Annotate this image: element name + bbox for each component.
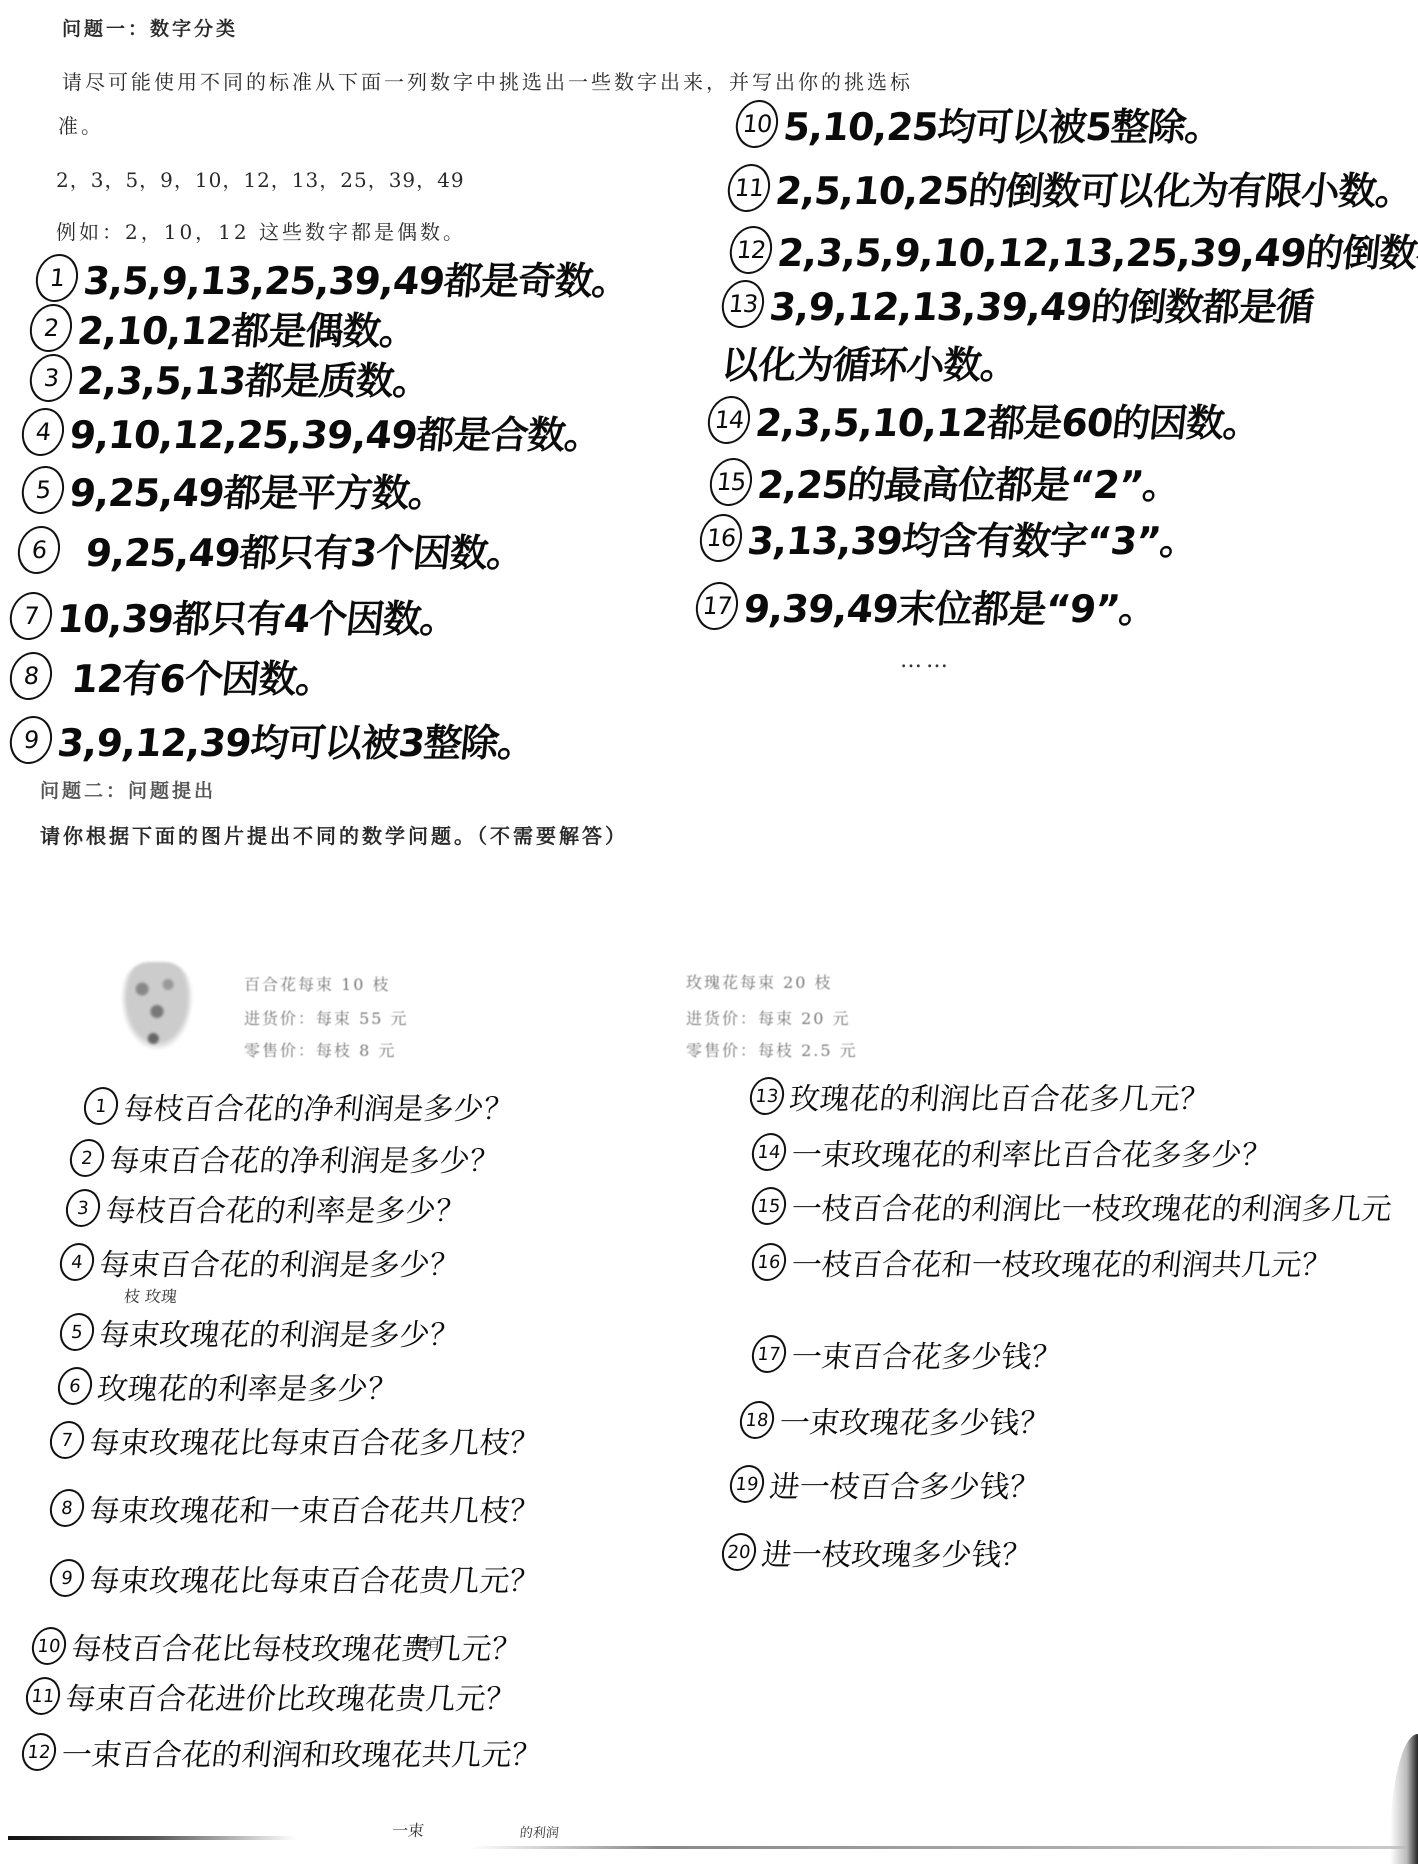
circled-number-7: 7 — [7, 592, 54, 640]
question-2: 2 每束百合花的净利润是多少？ — [68, 1136, 503, 1180]
question-15: 15 一枝百合花的利润比一枝玫瑰花的利润多几元 — [750, 1184, 1395, 1228]
circled-number-14: 14 — [750, 1133, 788, 1171]
circled-number-17: 17 — [750, 1335, 788, 1373]
question-4: 4 每束百合花的利润是多少？ — [58, 1240, 463, 1284]
circled-number-2: 2 — [68, 1139, 106, 1177]
answer-text: 3,9,12,39均可以被3整除。 — [55, 712, 538, 767]
question-text: 一束百合花多少钱？ — [790, 1332, 1065, 1376]
circled-number-10: 10 — [733, 100, 780, 148]
question-text: 每束百合花进价比玫瑰花贵几元？ — [64, 1674, 519, 1718]
question-text: 每束玫瑰花比每束百合花多几枝？ — [88, 1418, 543, 1462]
lily-bundle-size: 百合花每束 10 枝 — [244, 972, 391, 995]
circled-number-20: 20 — [720, 1533, 758, 1571]
section1-instruction-line1: 请尽可能使用不同的标准从下面一列数字中挑选出一些数字出来，并写出你的挑选标 — [62, 66, 913, 95]
circled-number-8: 8 — [7, 652, 54, 700]
section2-heading: 问题二：问题提出 — [40, 776, 216, 803]
circled-number-14: 14 — [705, 396, 752, 444]
answer-text: 10,39都只有4个因数。 — [55, 588, 460, 643]
answer-6: 6 9,25,49都只有3个因数。 — [15, 522, 527, 577]
answer-text: 2,10,12都是偶数。 — [75, 300, 420, 355]
question-7: 7 每束玫瑰花比每束百合花多几枝？ — [48, 1418, 543, 1462]
answer-text: 2,3,5,9,10,12,13,25,39,49的倒数都是 — [775, 222, 1418, 277]
circled-number-3: 3 — [27, 354, 74, 402]
lily-purchase-price: 进货价：每束 55 元 — [244, 1006, 409, 1029]
circled-number-6: 6 — [15, 526, 62, 574]
section2-instruction: 请你根据下面的图片提出不同的数学问题。（不需要解答） — [40, 820, 628, 849]
circled-number-9: 9 — [7, 716, 54, 764]
answer-14: 14 2,3,5,10,12都是60的因数。 — [705, 392, 1263, 447]
question-13: 13 玫瑰花的利润比百合花多几元？ — [748, 1074, 1213, 1118]
answer-7: 7 10,39都只有4个因数。 — [7, 588, 460, 643]
question-9: 9 每束玫瑰花比每束百合花贵几元？ — [48, 1556, 543, 1600]
answer-text: 3,5,9,13,25,39,49都是奇数。 — [81, 250, 632, 305]
question-text: 每束百合花的利润是多少？ — [98, 1240, 463, 1284]
answer-text: 3,9,12,13,39,49的倒数都是循 — [767, 276, 1316, 331]
answer-12: 12 2,3,5,9,10,12,13,25,39,49的倒数都是 — [727, 222, 1418, 277]
q4-correction-insert: 枝 玫瑰 — [123, 1284, 179, 1307]
question-text: 每束玫瑰花的利润是多少？ — [98, 1310, 463, 1354]
answer-9: 9 3,9,12,39均可以被3整除。 — [7, 712, 538, 767]
question-text: 每束玫瑰花比每束百合花贵几元？ — [88, 1556, 543, 1600]
circled-number-12: 12 — [727, 226, 774, 274]
question-text: 一束玫瑰花的利率比百合花多多少？ — [790, 1130, 1275, 1174]
circled-number-17: 17 — [693, 582, 740, 630]
example-text: 例如：2，10，12 这些数字都是偶数。 — [56, 216, 466, 245]
circled-number-16: 16 — [697, 514, 744, 562]
circled-number-4: 4 — [19, 408, 66, 456]
lily-retail-price: 零售价：每枝 8 元 — [244, 1038, 396, 1061]
question-16: 16 一枝百合花和一枝玫瑰花的利润共几元？ — [750, 1240, 1335, 1284]
ellipsis: …… — [900, 648, 952, 673]
question-text: 玫瑰花的利润比百合花多几元？ — [788, 1074, 1213, 1118]
circled-number-10: 10 — [30, 1627, 68, 1665]
answer-15: 15 2,25的最高位都是“2”。 — [707, 454, 1183, 509]
answer-4: 4 9,10,12,25,39,49都是合数。 — [19, 404, 605, 459]
circled-number-11: 11 — [24, 1677, 62, 1715]
circled-number-4: 4 — [58, 1243, 96, 1281]
answer-13: 13 3,9,12,13,39,49的倒数都是循 — [719, 276, 1316, 331]
question-5: 5 每束玫瑰花的利润是多少？ — [58, 1310, 463, 1354]
circled-number-15: 15 — [707, 458, 754, 506]
question-19: 19 进一枝百合多少钱？ — [728, 1462, 1043, 1506]
question-text: 进一枝玫瑰多少钱？ — [760, 1530, 1035, 1574]
rose-bundle-size: 玫瑰花每束 20 枝 — [686, 970, 833, 993]
answer-text: 5,10,25均可以被5整除。 — [781, 96, 1225, 151]
circled-number-3: 3 — [64, 1189, 102, 1227]
q12-correction-insert-a: 一束 — [391, 1818, 425, 1841]
question-3: 3 每枝百合花的利率是多少？ — [64, 1186, 469, 1230]
circled-number-6: 6 — [56, 1367, 94, 1405]
circled-number-19: 19 — [728, 1465, 766, 1503]
circled-number-8: 8 — [48, 1489, 86, 1527]
question-text: 玫瑰花的利率是多少？ — [96, 1364, 401, 1408]
rose-flower-image — [600, 962, 670, 1058]
question-10: 10 每枝百合花比每枝玫瑰花贵几元？ — [30, 1624, 525, 1668]
answer-11: 11 2,5,10,25的倒数可以化为有限小数。 — [725, 160, 1416, 215]
rose-info-card: 玫瑰花每束 20 枝 进货价：每束 20 元 零售价：每枝 2.5 元 — [600, 962, 1020, 1072]
circled-number-12: 12 — [20, 1733, 58, 1771]
answer-text: 2,3,5,10,12都是60的因数。 — [753, 392, 1263, 447]
question-text: 每枝百合花的利率是多少？ — [104, 1186, 469, 1230]
question-8: 8 每束玫瑰花和一束百合花共几枝？ — [48, 1486, 543, 1530]
circled-number-13: 13 — [719, 280, 766, 328]
section1-heading: 问题一：数字分类 — [62, 14, 238, 41]
q12-correction-insert-b: 的利润 — [519, 1822, 560, 1841]
question-text: 每枝百合花的净利润是多少？ — [122, 1084, 517, 1128]
circled-number-13: 13 — [748, 1077, 786, 1115]
circled-number-11: 11 — [725, 164, 772, 212]
answer-text: 3,13,39均含有数字“3”。 — [745, 510, 1200, 565]
circled-number-7: 7 — [48, 1421, 86, 1459]
circled-number-2: 2 — [27, 304, 74, 352]
question-18: 18 一束玫瑰花多少钱？ — [738, 1398, 1053, 1442]
lily-info-card: 百合花每束 10 枝 进货价：每束 55 元 零售价：每枝 8 元 — [120, 962, 540, 1072]
scan-page-curl — [1390, 1734, 1418, 1864]
question-17: 17 一束百合花多少钱？ — [750, 1332, 1065, 1376]
answer-text: 2,3,5,13都是质数。 — [75, 350, 433, 405]
question-text: 每束玫瑰花和一束百合花共几枝？ — [88, 1486, 543, 1530]
number-list: 2，3，5，9，10，12，13，25，39，49 — [56, 164, 465, 193]
answer-8: 8 12有6个因数。 — [7, 648, 336, 703]
answer-5: 5 9,25,49都是平方数。 — [19, 462, 449, 517]
answer-2: 2 2,10,12都是偶数。 — [27, 300, 420, 355]
answer-text: 2,25的最高位都是“2”。 — [755, 454, 1183, 509]
answer-text: 9,10,12,25,39,49都是合数。 — [67, 404, 605, 459]
scan-edge-line-left — [8, 1836, 368, 1840]
lily-flower-image — [120, 962, 194, 1052]
answer-16: 16 3,13,39均含有数字“3”。 — [697, 510, 1200, 565]
answer-text: 9,39,49末位都是“9”。 — [741, 578, 1159, 633]
circled-number-1: 1 — [82, 1087, 120, 1125]
rose-purchase-price: 进货价：每束 20 元 — [686, 1006, 851, 1029]
circled-number-18: 18 — [738, 1401, 776, 1439]
question-12: 12 一束百合花的利润和玫瑰花共几元？ — [20, 1730, 545, 1774]
question-text: 一枝百合花和一枝玫瑰花的利润共几元？ — [790, 1240, 1335, 1284]
scan-edge-line-right — [470, 1846, 1418, 1849]
answer-17: 17 9,39,49末位都是“9”。 — [693, 578, 1159, 633]
circled-number-16: 16 — [750, 1243, 788, 1281]
answer-text: 9,25,49都只有3个因数。 — [83, 522, 527, 577]
question-text: 每束百合花的净利润是多少？ — [108, 1136, 503, 1180]
question-text: 一束百合花的利润和玫瑰花共几元？ — [60, 1730, 545, 1774]
circled-number-5: 5 — [19, 466, 66, 514]
answer-text: 9,25,49都是平方数。 — [67, 462, 449, 517]
rose-retail-price: 零售价：每枝 2.5 元 — [686, 1038, 858, 1061]
question-text: 每枝百合花比每枝玫瑰花贵几元？ — [70, 1624, 525, 1668]
answer-13-continuation: 以化为循环小数。 — [719, 334, 1021, 389]
circled-number-15: 15 — [750, 1187, 788, 1225]
circled-number-9: 9 — [48, 1559, 86, 1597]
answer-text: 2,5,10,25的倒数可以化为有限小数。 — [773, 160, 1416, 215]
answer-10: 10 5,10,25均可以被5整除。 — [733, 96, 1225, 151]
question-text: 进一枝百合多少钱？ — [768, 1462, 1043, 1506]
question-11: 11 每束百合花进价比玫瑰花贵几元？ — [24, 1674, 519, 1718]
question-20: 20 进一枝玫瑰多少钱？ — [720, 1530, 1035, 1574]
section1-instruction-line2: 准。 — [58, 110, 104, 139]
answer-3: 3 2,3,5,13都是质数。 — [27, 350, 433, 405]
question-1: 1 每枝百合花的净利润是多少？ — [82, 1084, 517, 1128]
circled-number-1: 1 — [33, 254, 80, 302]
question-6: 6 玫瑰花的利率是多少？ — [56, 1364, 401, 1408]
answer-1: 1 3,5,9,13,25,39,49都是奇数。 — [33, 250, 632, 305]
circled-number-5: 5 — [58, 1313, 96, 1351]
question-14: 14 一束玫瑰花的利率比百合花多多少？ — [750, 1130, 1275, 1174]
question-text: 一枝百合花的利润比一枝玫瑰花的利润多几元 — [790, 1184, 1395, 1228]
answer-text: 12有6个因数。 — [69, 648, 336, 703]
question-text: 一束玫瑰花多少钱？ — [778, 1398, 1053, 1442]
